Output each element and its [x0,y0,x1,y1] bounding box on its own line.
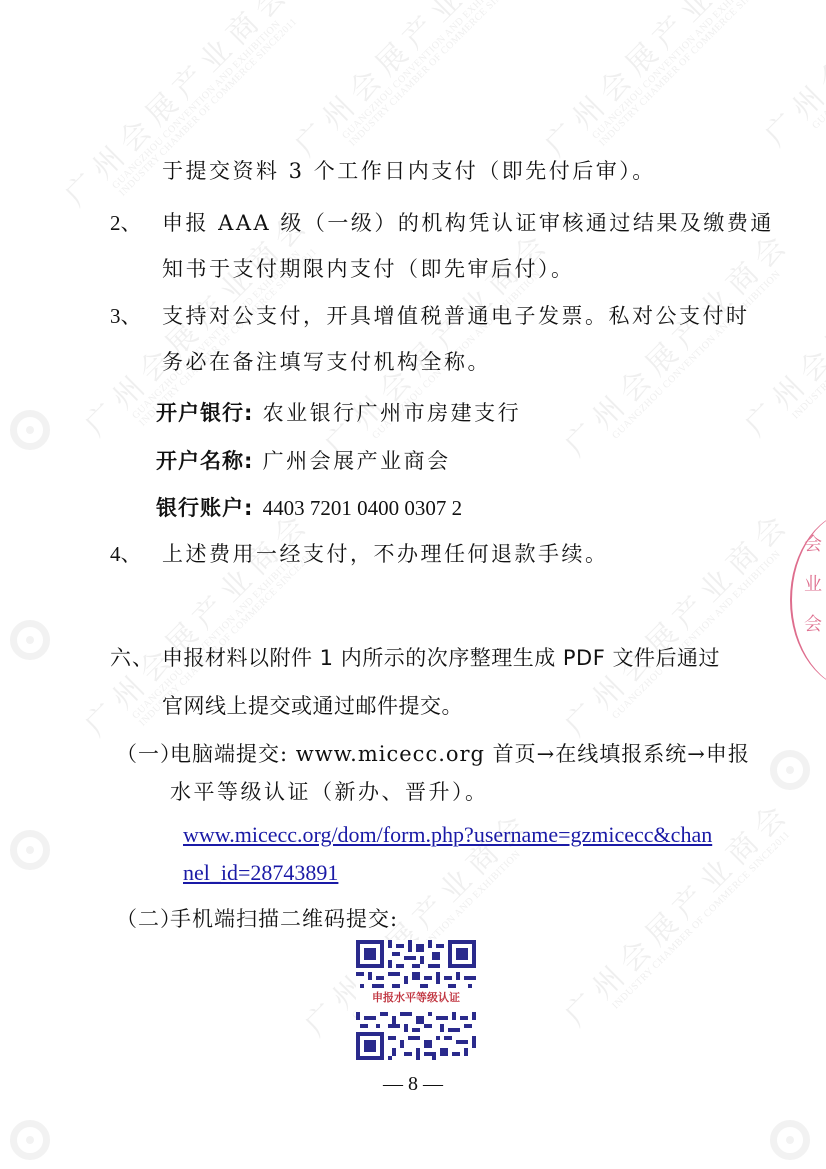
item-text: 务必在备注填写支付机构全称。 [162,346,491,376]
account-name-value: 广州会展产业商会 [263,449,451,473]
section-text: 申报材料以附件 1 内所示的次序整理生成 PDF 文件后通过 [162,642,720,672]
bank-info-row: 开户名称: 广州会展产业商会 [156,445,451,475]
paragraph-continuation: 于提交资料 3 个工作日内支付（即先付后审）。 [162,155,656,185]
account-number-value: 4403 7201 0400 0307 2 [263,496,463,520]
subsection-text: 水平等级认证（新办、晋升）。 [170,776,489,806]
account-number-label: 银行账户: [156,496,253,520]
bank-info-row: 银行账户: 4403 7201 0400 0307 2 [156,492,462,522]
submission-form-link[interactable]: www.micecc.org/dom/form.php?username=gzm… [183,822,712,847]
bank-info-row: 开户银行: 农业银行广州市房建支行 [156,397,521,427]
section-text: 官网线上提交或通过邮件提交。 [162,690,463,720]
qr-label: 申报水平等级认证 [356,990,476,1006]
item-number: 3、 [110,300,142,330]
bank-value: 农业银行广州市房建支行 [263,401,522,425]
item-text: 上述费用一经支付，不办理任何退款手续。 [162,538,609,568]
item-text: 知书于支付期限内支付（即先审后付）。 [162,253,575,283]
page-number: — 8 — [0,1073,826,1096]
section-number: 六、 [110,642,154,672]
account-name-label: 开户名称: [156,449,253,473]
submission-form-link[interactable]: nel_id=28743891 [183,860,338,885]
item-text: 支持对公支付，开具增值税普通电子发票。私对公支付时 [162,300,750,330]
subsection-text: 电脑端提交: www.micecc.org 首页→在线填报系统→申报 [170,738,750,768]
link-line: www.micecc.org/dom/form.php?username=gzm… [183,822,712,848]
item-number: 2、 [110,207,142,237]
qr-code[interactable]: 申报水平等级认证 [356,940,476,1060]
item-text: 申报 AAA 级（一级）的机构凭认证审核通过结果及缴费通 [162,207,774,237]
document-page: 于提交资料 3 个工作日内支付（即先付后审）。 2、 申报 AAA 级（一级）的… [0,0,826,1169]
link-line: nel_id=28743891 [183,860,338,886]
subsection-text: 手机端扫描二维码提交: [170,903,398,933]
item-number: 4、 [110,538,142,568]
bank-label: 开户银行: [156,401,253,425]
